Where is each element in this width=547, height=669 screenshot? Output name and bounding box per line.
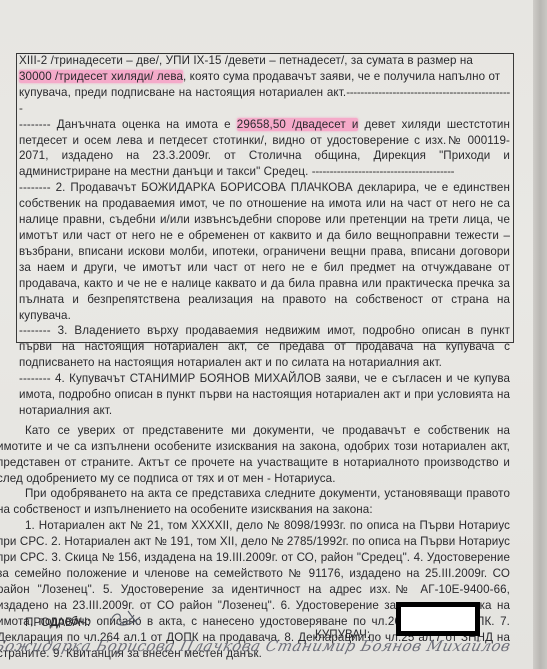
seller-label: ПРОДАВАЧ:: [25, 616, 90, 629]
page-edge-shadow: [533, 0, 547, 669]
paragraph-documents-intro: При одобряването на акта се представиха …: [0, 486, 510, 518]
handwritten-names: Божидарка Борисова Плачкова Станимир Боя…: [0, 637, 536, 655]
notarial-deed-document: XIII-2 /тринадесети – две/, УПИ IX-15 /д…: [0, 53, 530, 661]
redaction-box: [396, 602, 480, 636]
paragraph-approval: Като се уверих от представените ми докум…: [0, 423, 510, 487]
paragraph-point-4: -------- 4. Купувачът СТАНИМИР БОЯНОВ МИ…: [19, 371, 510, 419]
boxed-section-border: [16, 53, 514, 343]
seller-signature-scribble-icon: [108, 607, 142, 629]
